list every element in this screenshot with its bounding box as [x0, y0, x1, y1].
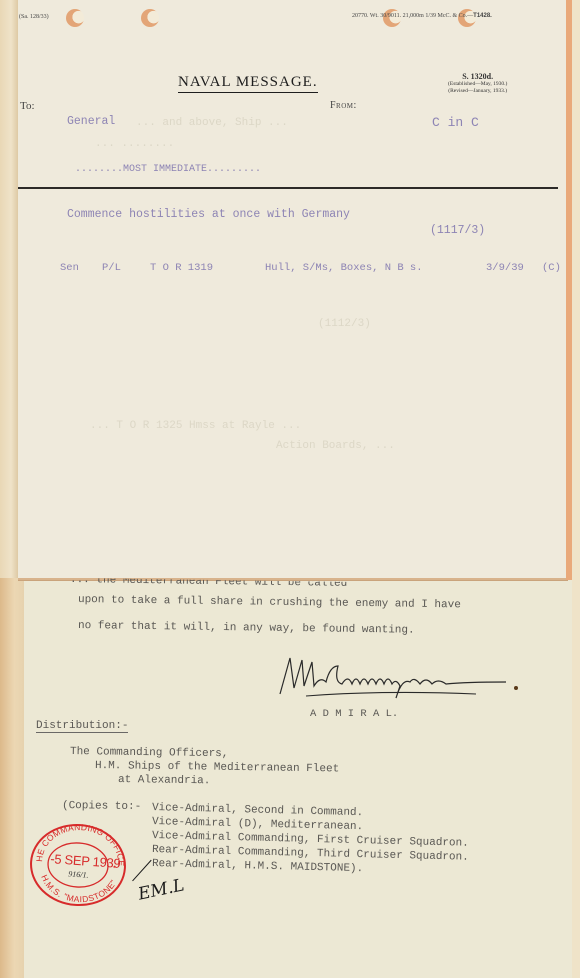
- distribution-label-text: Distribution:-: [36, 720, 128, 733]
- distribution-line: The Commanding Officers,: [70, 746, 229, 760]
- ghost-text: (1112/3): [318, 318, 371, 330]
- form-established: (Established—May, 1930.): [448, 81, 507, 88]
- binding-strip-lower: [0, 578, 24, 978]
- routing-recipients: Hull, S/Ms, Boxes, N B s.: [265, 262, 423, 274]
- stamp-reference: 916/1.: [68, 869, 89, 879]
- admiral-signature: [276, 652, 526, 700]
- from-value: C in C: [432, 115, 479, 130]
- distribution-line: at Alexandria.: [118, 774, 211, 787]
- ghost-text: Action Boards, ...: [276, 440, 395, 452]
- routing-tor: T O R 1319: [150, 262, 213, 274]
- commanding-officer-stamp: THE COMMANDING OFFICER H.M.S. "MAIDSTONE…: [25, 819, 131, 912]
- priority-marking: ........MOST IMMEDIATE.........: [75, 164, 261, 175]
- to-label: To:: [20, 100, 35, 112]
- form-title: NAVAL MESSAGE.: [178, 74, 318, 93]
- routing-sender: Sen: [60, 262, 79, 274]
- punch-hole-icon: [141, 9, 159, 27]
- printer-line: 20770. Wt. 30/9011. 21,000m 1/39 McC. & …: [352, 13, 492, 19]
- signatory-title: A D M I R A L.: [310, 708, 398, 720]
- routing-date: 3/9/39: [486, 262, 524, 274]
- printer-imprint: 20770. Wt. 30/9011. 21,000m 1/39 McC. & …: [352, 13, 473, 19]
- ghost-text: ... ........: [95, 138, 174, 150]
- form-code-block: S. 1320d. (Established—May, 1930.) (Revi…: [448, 72, 507, 95]
- header-divider: [18, 187, 558, 189]
- routing-suffix: (C): [542, 262, 561, 274]
- form-revised: (Revised—January, 1933.): [448, 88, 507, 95]
- time-of-origin: (1117/3): [430, 224, 485, 237]
- form-edge: [566, 0, 572, 580]
- printer-code: T1428.: [473, 13, 492, 19]
- form-number: S. 1320d.: [448, 72, 507, 81]
- page-edge: [572, 0, 580, 978]
- routing-method: P/L: [102, 262, 121, 274]
- ghost-text: ... T O R 1325 Hmss at Rayle ...: [90, 420, 301, 432]
- punch-hole-icon: [66, 9, 84, 27]
- to-value: General: [67, 115, 115, 128]
- message-body: Commence hostilities at once with German…: [67, 208, 350, 221]
- copies-label: (Copies to:-: [62, 800, 141, 813]
- distribution-label: Distribution:-: [36, 720, 128, 732]
- from-label: From:: [330, 100, 357, 111]
- form-serial: (Sa. 128/33): [19, 14, 49, 20]
- ghost-text: ... and above, Ship ...: [136, 117, 288, 129]
